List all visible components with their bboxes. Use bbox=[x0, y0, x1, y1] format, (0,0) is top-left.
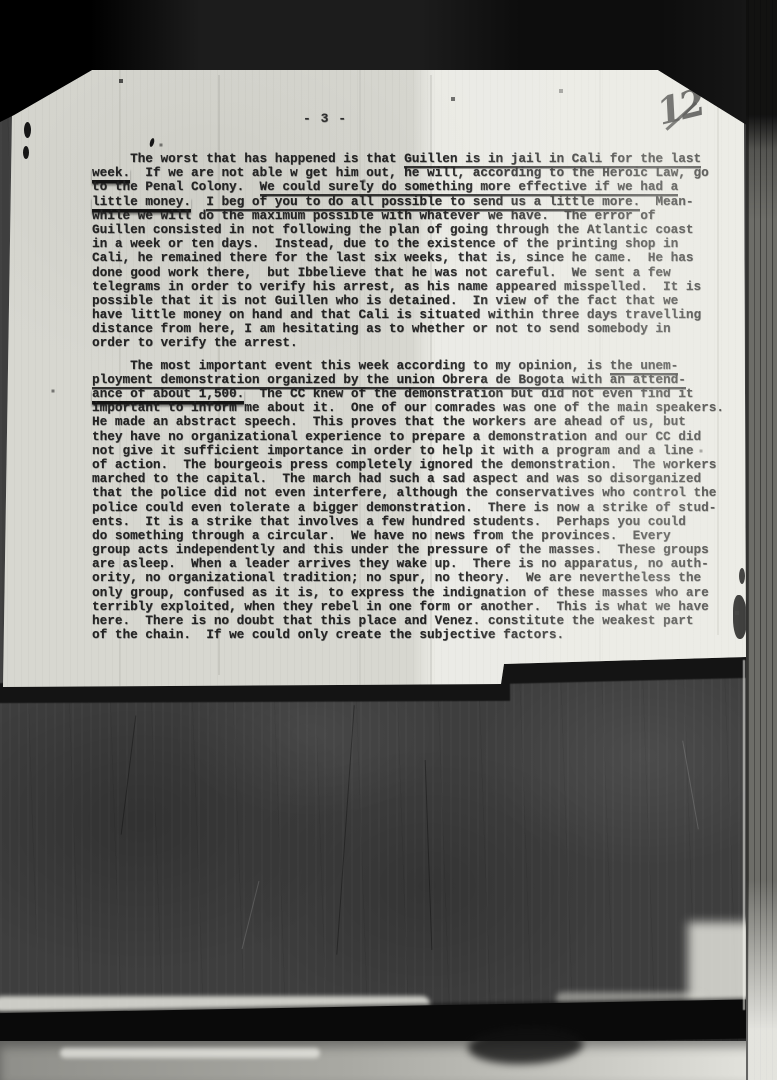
text-segment: of action. The bourgeois press completel… bbox=[92, 457, 716, 472]
text-line: telegrams in order to verify his arrest,… bbox=[92, 279, 742, 293]
text-line: Guillen consisted in not following the p… bbox=[92, 222, 742, 236]
text-segment: are asleep. When a leader arrives they w… bbox=[92, 556, 709, 571]
text-line: here. There is no doubt that this place … bbox=[92, 613, 742, 627]
underlined-text: I beg of you to do all possible to send … bbox=[206, 194, 640, 209]
text-segment: ents. It is a strike that involves a few… bbox=[92, 514, 686, 529]
light-blotch bbox=[60, 1048, 320, 1058]
text-segment: marched to the capital. The march had su… bbox=[92, 471, 701, 486]
text-line: possible that it is not Guillen who is d… bbox=[92, 293, 742, 307]
paragraph: The worst that has happened is that Guil… bbox=[92, 151, 742, 350]
text-segment: The worst that has happened is that bbox=[92, 151, 404, 166]
text-line: ority, no organizational tradition; no s… bbox=[92, 570, 742, 584]
text-segment: police could even tolerate a bigger demo… bbox=[92, 500, 716, 515]
text-line: are asleep. When a leader arrives they w… bbox=[92, 556, 742, 570]
text-line: not give it sufficient importance in ord… bbox=[92, 443, 742, 457]
text-segment: have little money on hand and that Cali … bbox=[92, 307, 701, 322]
text-segment: that the police did not even interfere, … bbox=[92, 485, 716, 500]
ink-blot bbox=[149, 138, 155, 148]
underlined-text: the unem- bbox=[610, 358, 679, 373]
text-line: terribly exploited, when they rebel in o… bbox=[92, 599, 742, 613]
text-line: of the chain. If we could only create th… bbox=[92, 627, 742, 641]
text-segment: here. There is no doubt that this place … bbox=[92, 613, 694, 628]
ink-blot bbox=[733, 595, 747, 639]
scanned-document-page: - 3 - 12 The worst that has happened is … bbox=[0, 0, 777, 1080]
text-segment: Cali, he remained there for the last six… bbox=[92, 250, 694, 265]
underlined-text: ployment demonstration organized by the … bbox=[92, 372, 686, 387]
typewritten-text: The worst that has happened is that Guil… bbox=[92, 151, 742, 649]
text-line: marched to the capital. The march had su… bbox=[92, 471, 742, 485]
text-line: important to inform me about it. One of … bbox=[92, 400, 742, 414]
ink-blot bbox=[23, 146, 29, 159]
underlined-text: ance of about 1,500. bbox=[92, 386, 244, 401]
text-line: The most important event this week accor… bbox=[92, 358, 742, 372]
text-segment: important to inform me about it. One of … bbox=[92, 400, 724, 415]
page-number: - 3 - bbox=[303, 111, 347, 126]
text-segment: Mean- bbox=[640, 194, 693, 209]
text-line: He made an abstract speech. This proves … bbox=[92, 414, 742, 428]
text-segment: they have no organizational experience t… bbox=[92, 429, 701, 444]
text-line: while we will do the maximum possible wi… bbox=[92, 208, 742, 222]
text-segment: of the chain. If we could only create th… bbox=[92, 627, 564, 642]
text-segment: to the Penal Colony. bbox=[92, 179, 260, 194]
text-segment: telegrams in order to verify his arrest,… bbox=[92, 279, 701, 294]
text-line: they have no organizational experience t… bbox=[92, 429, 742, 443]
document-page: - 3 - 12 The worst that has happened is … bbox=[0, 60, 750, 705]
text-segment: in a week or ten days. Instead, due to t… bbox=[92, 236, 678, 251]
film-lower-strip bbox=[0, 1041, 777, 1080]
text-segment: If we are not able w get him out, he wil… bbox=[130, 165, 709, 180]
text-segment: distance from here, I am hesitating as t… bbox=[92, 321, 671, 336]
text-segment: while we will do the maximum possible wi… bbox=[92, 208, 655, 223]
text-segment bbox=[191, 194, 206, 209]
text-segment: possible that it is not Guillen who is d… bbox=[92, 293, 678, 308]
text-line: group acts independently and this under … bbox=[92, 542, 742, 556]
text-line: in a week or ten days. Instead, due to t… bbox=[92, 236, 742, 250]
text-segment: He made an abstract speech. This proves … bbox=[92, 414, 686, 429]
text-line: do something through a circular. We have… bbox=[92, 528, 742, 542]
text-line: ents. It is a strike that involves a few… bbox=[92, 514, 742, 528]
underlined-text: week. bbox=[92, 165, 130, 180]
paragraph: The most important event this week accor… bbox=[92, 358, 742, 642]
text-segment: ority, no organizational tradition; no s… bbox=[92, 570, 701, 585]
text-line: of action. The bourgeois press completel… bbox=[92, 457, 742, 471]
text-segment: do something through a circular. We have… bbox=[92, 528, 671, 543]
text-line: ance of about 1,500. The CC knew of the … bbox=[92, 386, 742, 400]
text-line: done good work there, but Ibbelieve that… bbox=[92, 265, 742, 279]
underlined-text: Guillen is in jail in Cali for the last bbox=[404, 151, 701, 166]
text-line: distance from here, I am hesitating as t… bbox=[92, 321, 742, 335]
text-line: have little money on hand and that Cali … bbox=[92, 307, 742, 321]
ink-blot bbox=[739, 568, 745, 584]
text-segment: group acts independently and this under … bbox=[92, 542, 709, 557]
underlined-text: We could surely do something more effect… bbox=[260, 179, 679, 194]
text-segment: terribly exploited, when they rebel in o… bbox=[92, 599, 709, 614]
text-line: ployment demonstration organized by the … bbox=[92, 372, 742, 386]
film-edge-strip bbox=[746, 0, 777, 1080]
text-segment: only group, confused as it is, to expres… bbox=[92, 585, 709, 600]
text-segment: not give it sufficient importance in ord… bbox=[92, 443, 694, 458]
text-line: that the police did not even interfere, … bbox=[92, 485, 742, 499]
ink-blot bbox=[24, 122, 31, 138]
text-segment: done good work there, but Ibbelieve that… bbox=[92, 265, 671, 280]
text-segment: The CC knew of the demonstration but did… bbox=[244, 386, 693, 401]
text-segment: Guillen consisted in not following the p… bbox=[92, 222, 694, 237]
text-line: police could even tolerate a bigger demo… bbox=[92, 500, 742, 514]
text-segment: The most important event this week accor… bbox=[92, 358, 610, 373]
text-line: little money. I beg of you to do all pos… bbox=[92, 194, 742, 208]
text-segment: order to verify the arrest. bbox=[92, 335, 298, 350]
text-line: The worst that has happened is that Guil… bbox=[92, 151, 742, 165]
text-line: Cali, he remained there for the last six… bbox=[92, 250, 742, 264]
underlined-text: little money. bbox=[92, 194, 191, 209]
text-line: only group, confused as it is, to expres… bbox=[92, 585, 742, 599]
text-line: to the Penal Colony. We could surely do … bbox=[92, 179, 742, 193]
text-line: order to verify the arrest. bbox=[92, 335, 742, 349]
paper-edge-highlight bbox=[743, 660, 745, 1010]
text-line: week. If we are not able w get him out, … bbox=[92, 165, 742, 179]
